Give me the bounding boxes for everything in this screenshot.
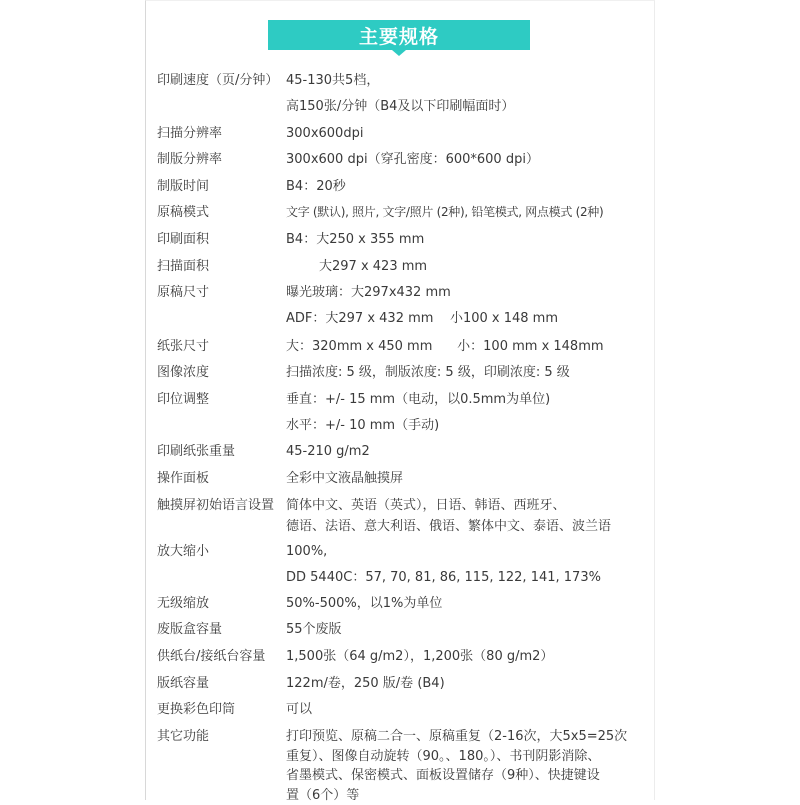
spec-label: 供纸台/接纸台容量 <box>157 644 265 670</box>
spec-value: B4：大250 x 355 mm <box>286 227 424 253</box>
spec-label: 无级缩放 <box>157 591 209 617</box>
spec-value: B4：20秒 <box>286 174 346 200</box>
spec-label: 印刷面积 <box>157 227 209 253</box>
spec-label: 放大缩小 <box>157 539 209 565</box>
spec-label: 更换彩色印筒 <box>157 697 235 723</box>
spec-label: 制版时间 <box>157 174 209 200</box>
spec-label: 原稿尺寸 <box>157 280 209 306</box>
spec-sheet: 主要规格 印刷速度（页/分钟） 45-130共5档， 高150张/分钟（B4及以… <box>145 0 655 800</box>
spec-value: 100%, DD 5440C：57, 70, 81, 86, 115, 122,… <box>286 539 601 590</box>
spec-value-line: DD 5440C：57, 70, 81, 86, 115, 122, 141, … <box>286 565 601 591</box>
spec-value-line: 打印预览、原稿二合一、原稿重复（2-16次，大5x5=25次 <box>286 727 627 747</box>
section-title: 主要规格 <box>359 22 439 49</box>
spec-value-line: 省墨模式、保密模式、面板设置储存（9种）、快捷键设 <box>286 766 627 786</box>
spec-value-line: 置（6个）等 <box>286 786 627 801</box>
spec-label: 原稿模式 <box>157 200 209 226</box>
spec-value-line: 高150张/分钟（B4及以下印刷幅面时） <box>286 94 514 120</box>
spec-value: 简体中文、英语（英式），日语、韩语、西班牙、 德语、法语、意大利语、俄语、繁体中… <box>286 495 611 537</box>
spec-value: 打印预览、原稿二合一、原稿重复（2-16次，大5x5=25次 重复）、图像自动旋… <box>286 727 627 800</box>
spec-value: 全彩中文液晶触摸屏 <box>286 466 403 492</box>
spec-label: 纸张尺寸 <box>157 334 209 360</box>
spec-label: 扫描面积 <box>157 254 209 280</box>
spec-value: 文字 (默认), 照片, 文字/照片 (2种), 铅笔模式, 网点模式 (2种) <box>286 200 603 226</box>
spec-value: 45-130共5档， 高150张/分钟（B4及以下印刷幅面时） <box>286 68 514 119</box>
spec-value-line: 100%, <box>286 539 601 565</box>
spec-value-line: 45-130共5档， <box>286 68 514 94</box>
banner-notch-icon <box>392 50 406 56</box>
spec-value: 45-210 g/m2 <box>286 439 370 465</box>
spec-value: 可以 <box>286 697 312 723</box>
spec-label: 印刷速度（页/分钟） <box>157 68 278 94</box>
spec-value: 曝光玻璃：大297x432 mm ADF：大297 x 432 mm 小100 … <box>286 280 558 331</box>
spec-value: 50%-500%，以1%为单位 <box>286 591 442 617</box>
spec-label: 印位调整 <box>157 387 209 413</box>
spec-label: 操作面板 <box>157 466 209 492</box>
spec-value: 大：320mm x 450 mm 小：100 mm x 148mm <box>286 334 604 360</box>
spec-value-line: 德语、法语、意大利语、俄语、繁体中文、泰语、波兰语 <box>286 516 611 537</box>
spec-label: 废版盒容量 <box>157 617 222 643</box>
spec-value: 大297 x 423 mm <box>319 254 427 280</box>
spec-label: 印刷纸张重量 <box>157 439 235 465</box>
spec-label: 版纸容量 <box>157 671 209 697</box>
spec-label: 触摸屏初始语言设置 <box>157 493 274 519</box>
spec-value-line: 水平：+/- 10 mm（手动) <box>286 413 550 439</box>
spec-value-line: 重复）、图像自动旋转（90。、180。）、书刊阴影消除、 <box>286 747 627 767</box>
spec-label: 图像浓度 <box>157 360 209 386</box>
spec-value: 300x600 dpi（穿孔密度：600*600 dpi） <box>286 147 539 173</box>
spec-value: 300x600dpi <box>286 121 363 147</box>
spec-value-line: ADF：大297 x 432 mm 小100 x 148 mm <box>286 306 558 332</box>
section-banner: 主要规格 <box>268 20 530 50</box>
spec-value: 1,500张（64 g/m2），1,200张（80 g/m2） <box>286 644 553 670</box>
spec-label: 制版分辨率 <box>157 147 222 173</box>
spec-value: 垂直：+/- 15 mm（电动，以0.5mm为单位) 水平：+/- 10 mm（… <box>286 387 550 438</box>
spec-value-line: 垂直：+/- 15 mm（电动，以0.5mm为单位) <box>286 387 550 413</box>
spec-value-line: 简体中文、英语（英式），日语、韩语、西班牙、 <box>286 495 611 516</box>
spec-value: 55个废版 <box>286 617 342 643</box>
spec-value: 扫描浓度: 5 级，制版浓度: 5 级，印刷浓度: 5 级 <box>286 360 570 386</box>
spec-label: 扫描分辨率 <box>157 121 222 147</box>
spec-label: 其它功能 <box>157 724 209 750</box>
spec-value: 122m/卷，250 版/卷 (B4) <box>286 671 445 697</box>
spec-value-line: 曝光玻璃：大297x432 mm <box>286 280 558 306</box>
